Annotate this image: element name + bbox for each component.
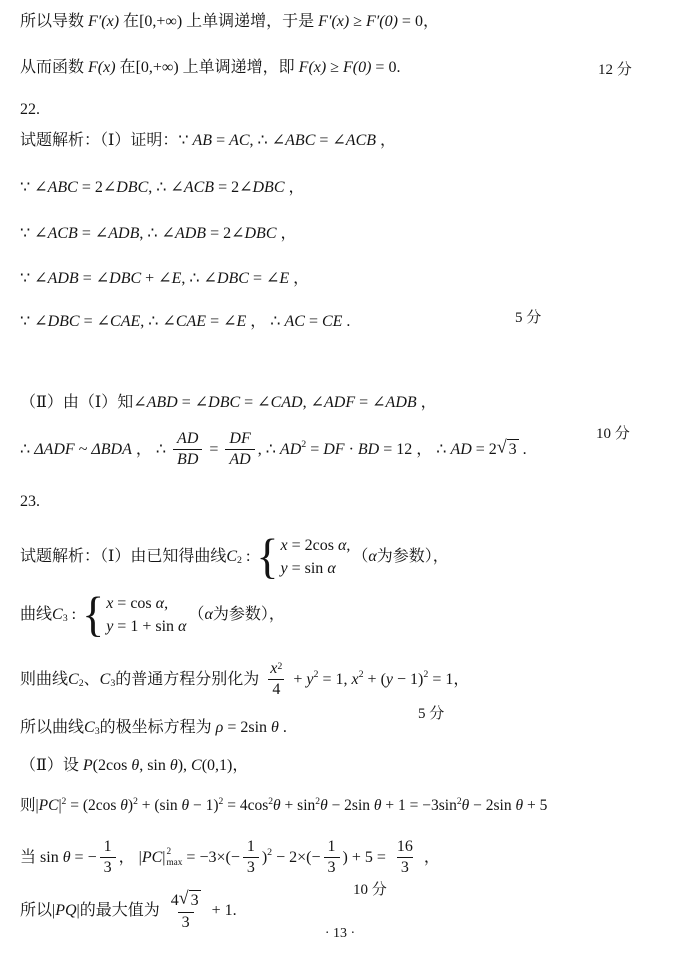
cjk-text: 所以曲线: [20, 718, 84, 738]
formula-line: 所以导数 F′(x) 在[0,+∞) 上单调递增，于是 F′(x) ≥ F′(0…: [20, 12, 439, 32]
formula-line: ∵ ∠ACB = ∠ADB, ∴ ∠ADB = 2∠DBC ，: [20, 224, 297, 244]
score-mark: 12 分: [598, 58, 632, 79]
math-variable: α: [178, 618, 186, 635]
denominator: 3: [324, 857, 340, 877]
math-roman: ∴: [156, 440, 170, 460]
math-variable: E: [237, 312, 247, 332]
formula-line: 则|PC|2 = (2cos θ)2 + (sin θ − 1)2 = 4cos…: [20, 796, 547, 815]
math-variable: y: [281, 560, 288, 577]
cases-rows: x = 2cos α,y = sin α: [281, 536, 351, 577]
formula-line: 22.: [20, 100, 40, 120]
cjk-text: ，: [246, 312, 270, 332]
cjk-text: 从而函数: [20, 58, 88, 78]
superscript: 2: [315, 797, 320, 807]
math-roman: sin: [40, 848, 63, 868]
fraction: ADBD: [173, 430, 202, 470]
math-variable: x: [281, 537, 288, 554]
math-roman: , ∠: [303, 393, 324, 413]
cjk-text: 上单调递增，即: [179, 58, 299, 78]
radicand: 3: [189, 890, 201, 911]
math-variable: AD: [450, 440, 471, 460]
math-roman: − 1): [393, 670, 423, 690]
math-roman: 3: [191, 892, 199, 909]
math-roman: 3: [509, 441, 517, 458]
math-roman: + (sin: [138, 796, 182, 815]
math-variable: CAE: [176, 312, 206, 332]
math-roman: = −: [71, 848, 97, 868]
formula-line: 23.: [20, 492, 40, 512]
math-variable: DBC: [48, 312, 80, 332]
math-roman: = 2∠: [78, 178, 116, 198]
math-roman: = 1,: [318, 670, 351, 690]
numerator: x2: [266, 660, 286, 679]
score-mark: 10 分: [596, 422, 630, 443]
math-variable: ρ: [216, 718, 224, 738]
formula-line: ∵ ∠DBC = ∠CAE, ∴ ∠CAE = ∠E ， ∴ AC = CE .: [20, 312, 350, 332]
math-roman: =: [212, 131, 229, 151]
denominator: 3: [100, 857, 116, 877]
cjk-text: ，: [232, 756, 248, 776]
radicand: 3: [507, 439, 519, 460]
math-variable: F(x): [88, 58, 116, 78]
math-roman: +: [289, 670, 306, 690]
math-roman: 1: [104, 838, 112, 855]
math-variable: ΔADF: [34, 440, 75, 460]
math-variable: α: [204, 605, 212, 625]
cjk-text: ，: [453, 670, 469, 690]
math-variable: θ: [182, 796, 190, 815]
math-roman: ∵ ∠: [20, 269, 48, 289]
math-roman: − 2sin: [328, 796, 374, 815]
fraction: 163: [393, 838, 417, 878]
cjk-text: ，: [119, 848, 139, 868]
superscript: 2: [133, 797, 138, 807]
math-variable: ABC: [48, 178, 78, 198]
square-root: √3: [179, 890, 201, 911]
cjk-text: 则曲线: [20, 670, 68, 690]
document-page: 所以导数 F′(x) 在[0,+∞) 上单调递增，于是 F′(x) ≥ F′(0…: [0, 0, 680, 955]
subscript: max: [166, 858, 182, 869]
cjk-text: 在: [119, 12, 139, 32]
math-roman: , ∴ ∠: [181, 269, 217, 289]
superscript: 2: [267, 848, 272, 858]
cjk-text: 在: [116, 58, 136, 78]
subscript: 3: [95, 727, 100, 737]
denominator: 4: [268, 679, 284, 699]
numerator: 1: [100, 838, 116, 857]
math-variable: θ: [374, 796, 382, 815]
subscript: 2: [79, 679, 84, 689]
math-roman: = ∠: [240, 393, 270, 413]
subscript: 2: [237, 556, 242, 566]
formula-line: 当 sin θ = −13， |PC|2max = −3×(−13)2 − 2×…: [20, 838, 440, 878]
math-roman: = 2sin: [223, 718, 271, 738]
math-roman: ) + 5 =: [343, 848, 390, 868]
formula-line: 则曲线C2、C3的普通方程分别化为 x24 + y2 = 1, x2 + (y …: [20, 660, 469, 700]
denominator: BD: [173, 449, 202, 469]
numerator: AD: [173, 430, 202, 449]
math-roman: + sin: [281, 796, 316, 815]
math-variable: F′(x): [318, 12, 349, 32]
math-roman: ≥: [326, 58, 343, 78]
math-variable: θ: [271, 718, 279, 738]
cjk-text: 上单调递增，于是: [182, 12, 318, 32]
superscript: 2: [314, 670, 319, 680]
math-roman: = 12: [379, 440, 412, 460]
formula-line: ∵ ∠ABC = 2∠DBC, ∴ ∠ACB = 2∠DBC ，: [20, 178, 305, 198]
math-variable: y: [386, 670, 393, 690]
math-roman: , ∴ ∠: [148, 178, 184, 198]
math-roman: =: [205, 440, 222, 460]
cjk-text: ，: [289, 269, 309, 289]
math-roman: ∴: [20, 440, 34, 460]
formula-line: （Ⅱ）由（Ⅰ）知∠ABD = ∠DBC = ∠CAD, ∠ADF = ∠ADB …: [20, 393, 437, 413]
cjk-text: 为参数），: [377, 547, 449, 567]
math-variable: θ: [120, 796, 128, 815]
cjk-text: 的普通方程分别化为: [115, 670, 263, 690]
math-variable: PQ: [55, 901, 76, 921]
superscript: 2: [219, 797, 224, 807]
math-roman: .: [342, 312, 350, 332]
numerator: 4√3: [167, 890, 205, 912]
math-roman: 22.: [20, 100, 40, 120]
math-roman: = 0: [398, 12, 423, 32]
cjk-text: （Ⅱ）设: [20, 756, 83, 776]
math-roman: ∵ ∠: [20, 312, 48, 332]
math-roman: ∵ ∠: [20, 178, 48, 198]
math-variable: C: [226, 547, 237, 567]
math-roman: = 2cos: [288, 537, 338, 554]
case-row: x = cos α,: [106, 594, 168, 613]
math-roman: ∵ ∠: [20, 224, 48, 244]
math-roman: 4: [171, 892, 179, 909]
math-variable: ABC: [285, 131, 315, 151]
math-roman: − 2×(−: [272, 848, 320, 868]
numerator: 16: [393, 838, 417, 857]
math-roman: (0,1): [202, 756, 233, 776]
math-variable: θ: [170, 756, 178, 776]
math-roman: [0,+∞): [136, 58, 179, 78]
math-variable: CAD: [271, 393, 303, 413]
cases-rows: x = cos α,y = 1 + sin α: [106, 594, 186, 635]
cjk-text: 为参数），: [213, 605, 285, 625]
radical-sign: √: [179, 889, 189, 908]
math-roman: = ∠: [355, 393, 385, 413]
math-variable: F(0): [343, 58, 371, 78]
math-variable: AD: [177, 430, 198, 447]
math-variable: ACB: [346, 131, 376, 151]
math-roman: = ∠: [80, 312, 110, 332]
left-brace: {: [256, 533, 278, 581]
cjk-text: （: [352, 547, 368, 567]
math-variable: α: [327, 560, 335, 577]
math-variable: α: [156, 595, 164, 612]
superscript: 2: [268, 797, 273, 807]
math-roman: , sin: [139, 756, 170, 776]
math-variable: F′(x): [88, 12, 119, 32]
math-variable: C: [191, 756, 202, 776]
math-variable: DBC: [217, 269, 249, 289]
math-roman: = 2∠: [206, 224, 244, 244]
math-variable: DBC: [208, 393, 240, 413]
math-roman: 3: [247, 859, 255, 876]
formula-line: 曲线C3 : {x = cos α,y = 1 + sin α（α为参数），: [20, 592, 285, 638]
math-variable: ADF: [324, 393, 355, 413]
math-variable: P: [83, 756, 93, 776]
cjk-text: ，: [417, 393, 437, 413]
subscript: 3: [63, 614, 68, 624]
math-variable: BD: [358, 440, 379, 460]
formula-line: 所以曲线C3的极坐标方程为 ρ = 2sin θ .: [20, 718, 287, 738]
case-row: y = 1 + sin α: [106, 617, 186, 636]
math-variable: AB: [193, 131, 213, 151]
math-variable: E: [172, 269, 182, 289]
superscript: 2: [457, 797, 462, 807]
math-roman: , ∴ ∠: [139, 224, 175, 244]
math-variable: E: [279, 269, 289, 289]
math-variable: θ: [462, 796, 470, 815]
denominator: 3: [243, 857, 259, 877]
math-roman: = 1 + sin: [113, 618, 178, 635]
math-roman: , ∴ ∠: [250, 131, 286, 151]
math-roman: |: [162, 848, 165, 868]
math-variable: C: [84, 718, 95, 738]
math-roman: , ∴ ∠: [140, 312, 176, 332]
score-mark: 5 分: [418, 702, 444, 723]
superscript: 2: [166, 847, 171, 858]
superscript: 2: [359, 670, 364, 680]
math-roman: ∠: [133, 393, 146, 413]
math-variable: F(x): [299, 58, 327, 78]
superscript: 2: [423, 670, 428, 680]
math-variable: DF: [229, 430, 250, 447]
superscript: 2: [301, 440, 306, 450]
math-variable: ADB: [108, 224, 139, 244]
math-roman: = ∠: [78, 224, 108, 244]
math-roman: ),: [178, 756, 191, 776]
math-roman: = 4cos: [223, 796, 268, 815]
math-variable: AC: [229, 131, 249, 151]
math-variable: ABD: [147, 393, 178, 413]
left-brace: {: [82, 591, 104, 639]
superscript: 2: [62, 797, 67, 807]
math-variable: θ: [516, 796, 524, 815]
math-variable: DBC: [116, 178, 148, 198]
cjk-text: 试题解析：（Ⅰ）由已知得曲线: [20, 547, 226, 567]
math-variable: x: [351, 670, 358, 690]
math-variable: C: [68, 670, 79, 690]
math-variable: ADB: [48, 269, 79, 289]
math-roman: 16: [397, 838, 413, 855]
cjk-text: ，: [420, 848, 440, 868]
cjk-text: 所以导数: [20, 12, 88, 32]
cjk-text: 则: [20, 796, 36, 815]
math-roman: = (2cos: [66, 796, 120, 815]
math-roman: 4: [272, 681, 280, 698]
math-variable: AC: [284, 312, 304, 332]
cjk-text: ，: [277, 224, 297, 244]
fraction: 13: [100, 838, 116, 878]
math-roman: 23.: [20, 492, 40, 512]
cjk-text: ，: [412, 440, 436, 460]
cases-system: {x = cos α,y = 1 + sin α: [82, 592, 186, 638]
denominator: 3: [397, 857, 413, 877]
math-variable: ADB: [175, 224, 206, 244]
math-variable: DBC: [253, 178, 285, 198]
case-row: x = 2cos α,: [281, 536, 351, 555]
formula-line: 试题解析：（Ⅰ）由已知得曲线C2 : {x = 2cos α,y = sin α…: [20, 534, 449, 580]
math-variable: DBC: [245, 224, 277, 244]
fraction: 13: [324, 838, 340, 878]
math-variable: ACB: [184, 178, 214, 198]
math-roman: ∴: [436, 440, 450, 460]
math-roman: + 1 = −3sin: [382, 796, 457, 815]
math-variable: DBC: [109, 269, 141, 289]
math-roman: = ∠: [249, 269, 279, 289]
math-variable: F′(0): [366, 12, 398, 32]
cases-system: {x = 2cos α,y = sin α: [256, 534, 350, 580]
cjk-text: 、: [84, 670, 100, 690]
radical-sign: √: [497, 438, 507, 457]
math-roman: (2cos: [93, 756, 132, 776]
math-variable: ADB: [386, 393, 417, 413]
cjk-text: ，: [423, 12, 439, 32]
numerator: DF: [225, 430, 254, 449]
math-variable: C: [100, 670, 111, 690]
formula-line: 从而函数 F(x) 在[0,+∞) 上单调递增，即 F(x) ≥ F(0) = …: [20, 58, 400, 78]
math-roman: = cos: [113, 595, 155, 612]
math-roman: 1: [328, 838, 336, 855]
math-variable: PC: [142, 848, 162, 868]
math-roman: + ∠: [141, 269, 171, 289]
cjk-text: （Ⅱ）由（Ⅰ）知: [20, 393, 133, 413]
math-variable: AD: [229, 451, 250, 468]
math-roman: = 2: [472, 440, 497, 460]
fraction: 13: [243, 838, 259, 878]
square-root: √3: [497, 439, 519, 460]
fraction: DFAD: [225, 430, 254, 470]
math-roman: [0,+∞): [139, 12, 182, 32]
math-roman: ∵: [178, 131, 192, 151]
math-variable: y: [306, 670, 313, 690]
math-roman: = 1: [428, 670, 453, 690]
sup-sub-stack: 2max: [166, 847, 182, 868]
math-variable: CAE: [110, 312, 140, 332]
math-roman: =: [306, 440, 323, 460]
page-number: · 13 ·: [0, 926, 680, 942]
math-roman: = sin: [288, 560, 328, 577]
math-roman: .: [279, 718, 287, 738]
math-variable: AD: [280, 440, 301, 460]
case-row: y = sin α: [281, 559, 336, 578]
math-variable: θ: [320, 796, 328, 815]
score-mark: 5 分: [515, 306, 541, 327]
subscript: 3: [110, 679, 115, 689]
cjk-text: ，: [285, 178, 305, 198]
math-roman: = 0.: [371, 58, 400, 78]
math-roman: :: [242, 547, 254, 567]
math-roman: ~: [75, 440, 92, 460]
formula-line: 试题解析：（Ⅰ）证明：∵ AB = AC, ∴ ∠ABC = ∠ACB ，: [20, 131, 396, 151]
math-roman: 3: [328, 859, 336, 876]
cjk-text: （: [188, 605, 204, 625]
math-roman: ·: [345, 440, 358, 460]
math-roman: = ∠: [315, 131, 345, 151]
math-variable: ΔBDA: [91, 440, 132, 460]
math-roman: − 2sin: [469, 796, 515, 815]
math-roman: = −3×(−: [182, 848, 239, 868]
cjk-text: 试题解析：（Ⅰ）证明：: [20, 131, 178, 151]
math-roman: .: [519, 440, 527, 460]
math-roman: ∴: [270, 312, 284, 332]
math-roman: =: [305, 312, 322, 332]
math-variable: θ: [131, 756, 139, 776]
math-roman: ≥: [349, 12, 366, 32]
cjk-text: 曲线: [20, 605, 52, 625]
cjk-text: 当: [20, 848, 40, 868]
math-roman: 3: [104, 859, 112, 876]
cjk-text: 的极坐标方程为: [100, 718, 216, 738]
score-mark: 10 分: [353, 878, 387, 899]
math-roman: :: [68, 605, 80, 625]
formula-line: ∵ ∠ADB = ∠DBC + ∠E, ∴ ∠DBC = ∠E ，: [20, 269, 309, 289]
math-roman: = 2∠: [214, 178, 252, 198]
math-roman: = ∠: [206, 312, 236, 332]
cjk-text: ，: [376, 131, 396, 151]
denominator: AD: [225, 449, 254, 469]
math-roman: + 5: [523, 796, 547, 815]
math-variable: DF: [323, 440, 344, 460]
numerator: 1: [243, 838, 259, 857]
formula-line: ∴ ΔADF ~ ΔBDA ， ∴ ADBD = DFAD, ∴ AD2 = D…: [20, 430, 527, 470]
math-roman: , ∴: [258, 440, 280, 460]
cjk-text: 的最大值为: [80, 901, 164, 921]
math-roman: 3: [401, 859, 409, 876]
math-variable: C: [52, 605, 63, 625]
math-variable: CE: [322, 312, 342, 332]
math-variable: BD: [177, 451, 198, 468]
fraction: x24: [266, 660, 286, 700]
superscript: 2: [277, 661, 282, 672]
math-roman: + 1.: [208, 901, 237, 921]
math-variable: PC: [39, 796, 59, 815]
math-roman: = ∠: [79, 269, 109, 289]
math-roman: − 1): [189, 796, 218, 815]
math-roman: ,: [346, 537, 350, 554]
math-roman: 1: [247, 838, 255, 855]
math-variable: α: [368, 547, 376, 567]
math-variable: ACB: [48, 224, 78, 244]
cjk-text: ，: [132, 440, 156, 460]
math-roman: = ∠: [178, 393, 208, 413]
math-variable: θ: [63, 848, 71, 868]
numerator: 1: [324, 838, 340, 857]
formula-line: （Ⅱ）设 P(2cos θ, sin θ), C(0,1)，: [20, 756, 248, 776]
cjk-text: 所以: [20, 901, 52, 921]
math-variable: θ: [273, 796, 281, 815]
math-roman: + (: [364, 670, 386, 690]
math-roman: ,: [164, 595, 168, 612]
